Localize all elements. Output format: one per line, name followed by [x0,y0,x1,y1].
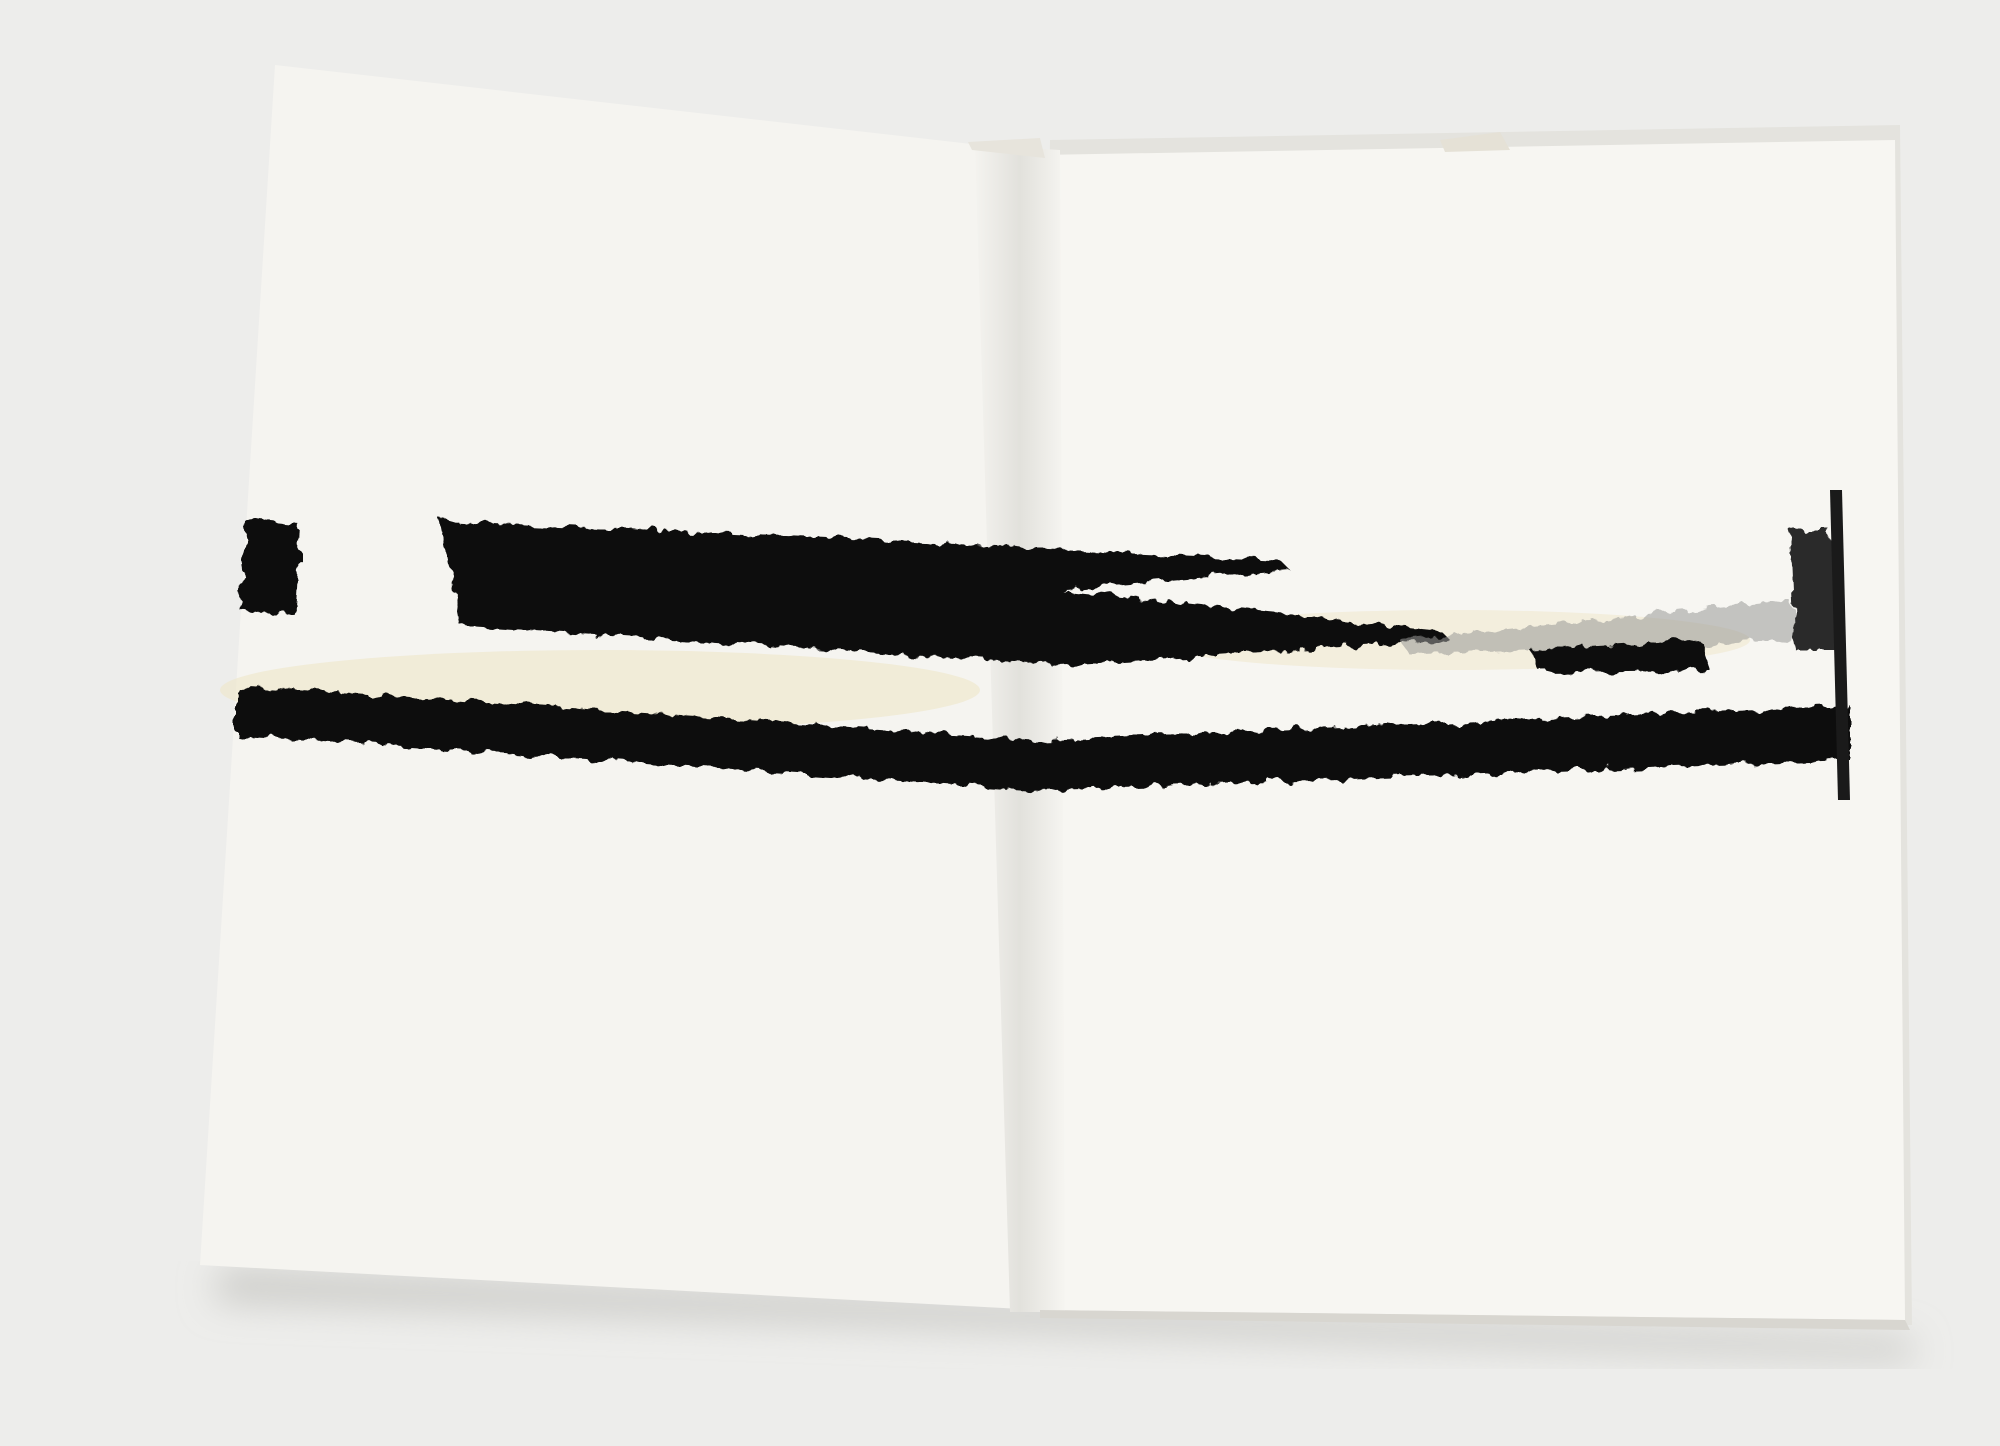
left-edge-ink [240,520,300,615]
photo-scene [0,0,2000,1446]
book-illustration [0,0,2000,1446]
